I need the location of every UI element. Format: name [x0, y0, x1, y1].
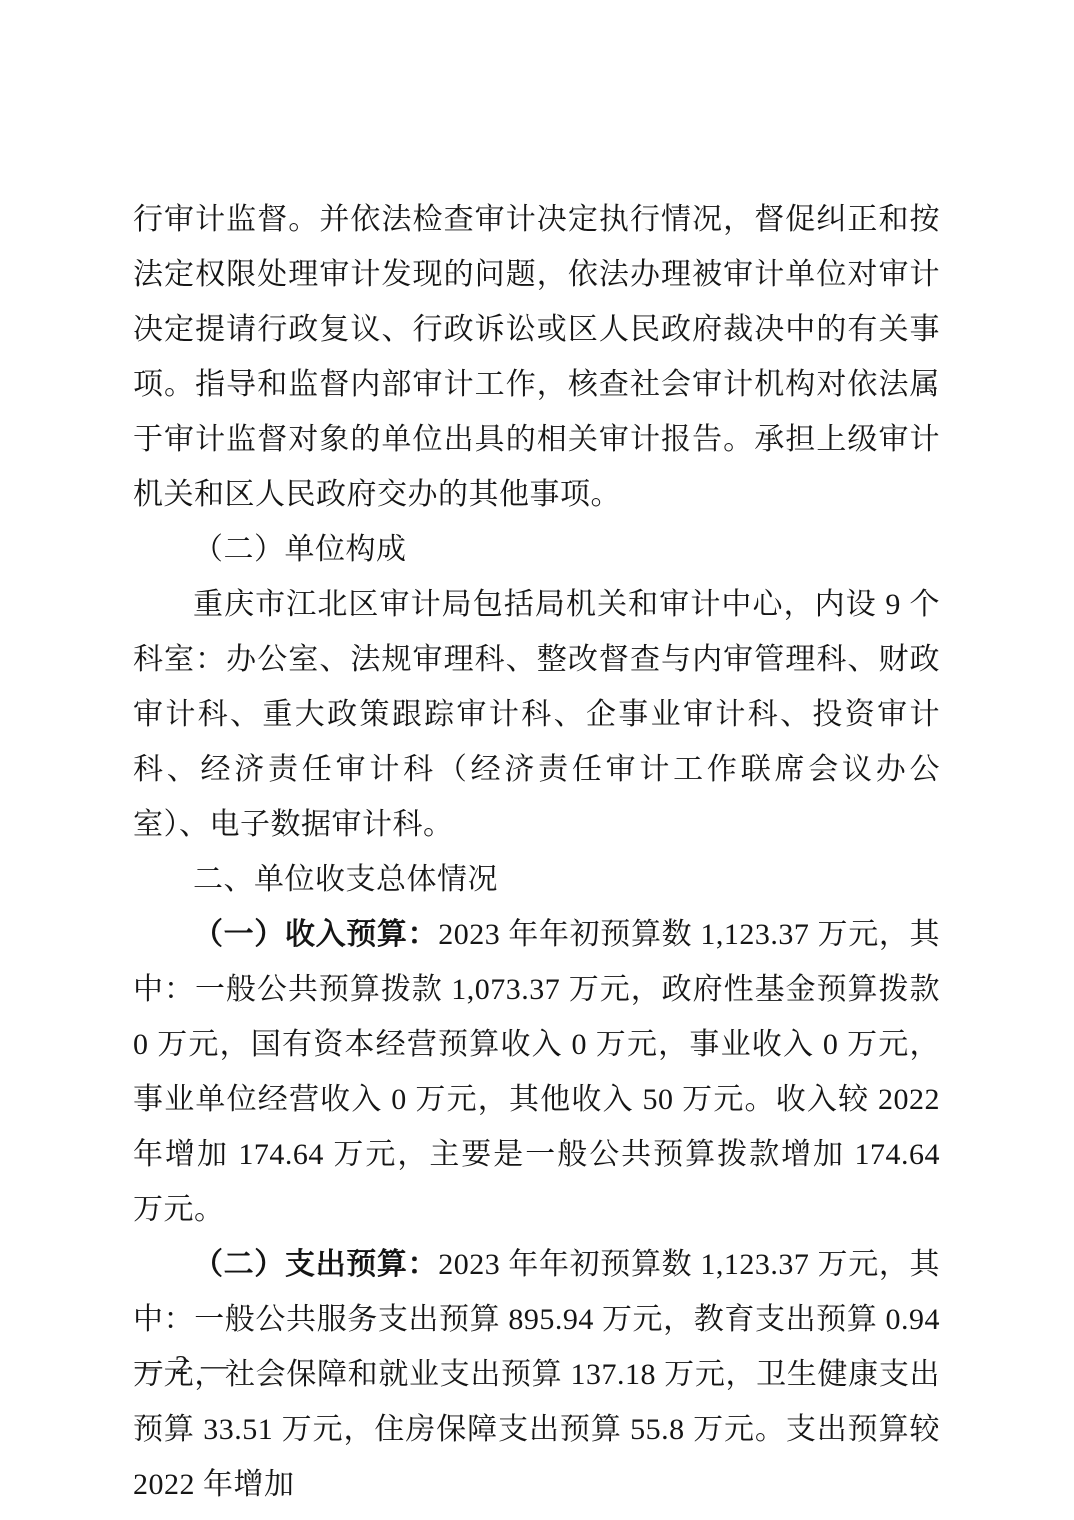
paragraph-lead-expenditure: （二）支出预算：: [193, 1248, 438, 1281]
document-page: 行审计监督。并依法检查审计决定执行情况，督促纠正和按法定权限处理审计发现的问题，…: [0, 0, 1074, 1520]
subheading-unit-composition: （二）单位构成: [133, 522, 940, 577]
document-body: 行审计监督。并依法检查审计决定执行情况，督促纠正和按法定权限处理审计发现的问题，…: [133, 192, 940, 1512]
paragraph-text-expenditure: 2023 年年初预算数 1,123.37 万元，其中：一般公共服务支出预算 89…: [133, 1248, 940, 1501]
paragraph-text-income: 2023 年年初预算数 1,123.37 万元，其中：一般公共预算拨款 1,07…: [133, 918, 940, 1226]
paragraph-expenditure-budget: （二）支出预算：2023 年年初预算数 1,123.37 万元，其中：一般公共服…: [133, 1237, 940, 1512]
paragraph-income-budget: （一）收入预算：2023 年年初预算数 1,123.37 万元，其中：一般公共预…: [133, 907, 940, 1237]
page-number: — 2 —: [135, 1345, 231, 1385]
paragraph-unit-composition: 重庆市江北区审计局包括局机关和审计中心，内设 9 个科室：办公室、法规审理科、整…: [133, 577, 940, 852]
section-heading-budget-overview: 二、单位收支总体情况: [133, 852, 940, 907]
paragraph-audit-duties-continuation: 行审计监督。并依法检查审计决定执行情况，督促纠正和按法定权限处理审计发现的问题，…: [133, 192, 940, 522]
paragraph-lead-income: （一）收入预算：: [193, 918, 438, 951]
